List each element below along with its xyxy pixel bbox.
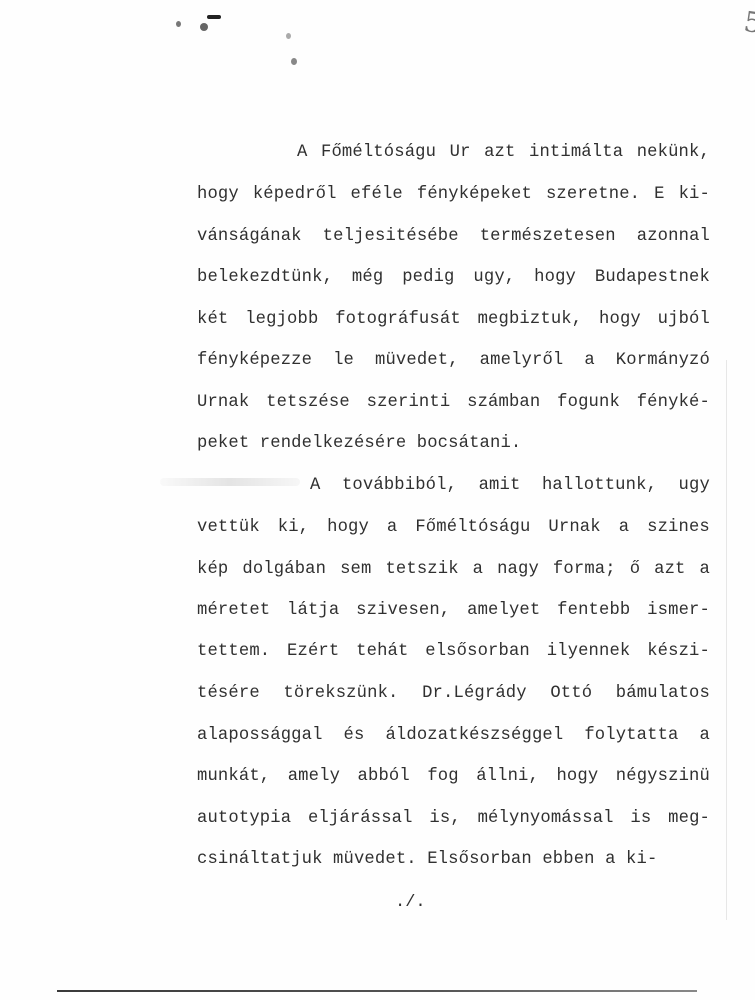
text-line: Urnaktetszéseszerintiszámbanfogunkfényké…: [197, 390, 710, 416]
continuation-mark: ./.: [395, 890, 426, 916]
text-line: méretetlátjaszivesen,amelyetfentebbismer…: [197, 598, 710, 624]
text-line: belekezdtünk,mégpedigugy,hogyBudapestnek: [197, 265, 710, 291]
scan-speck: [207, 15, 221, 19]
bottom-rule: [57, 990, 697, 992]
text-line: Atovábbiból,amithallottunk,ugy: [310, 473, 710, 499]
scan-edge-shadow: [726, 360, 727, 920]
text-line: alapossággalésáldozatkészséggelfolytatta…: [197, 723, 710, 749]
text-line: vánságánakteljesitésébetermészetesenazon…: [197, 224, 710, 250]
document-page: 5 AFőméltóságuUraztintimáltanekünk, hogy…: [0, 0, 755, 1000]
text-line: munkát,amelyabbólfogállni,hogynégyszinü: [197, 764, 710, 790]
text-line: kétlegjobbfotográfusátmegbiztuk,hogyujbó…: [197, 307, 710, 333]
scan-speck: [286, 33, 291, 39]
scan-speck: [200, 23, 208, 31]
scan-smudge: [160, 478, 300, 486]
text-line: AFőméltóságuUraztintimáltanekünk,: [297, 140, 710, 166]
text-line: téséretörekszünk.Dr.LégrádyOttóbámulatos: [197, 681, 710, 707]
text-line: peket rendelkezésére bocsátani.: [197, 431, 710, 457]
text-line: vettükki,hogyaFőméltóságuUrnakaszines: [197, 515, 710, 541]
text-line: csináltatjuk müvedet. Elsősorban ebben a…: [197, 847, 710, 873]
text-line: fényképezzelemüvedet,amelyrőlaKormányzó: [197, 348, 710, 374]
handwritten-page-number: 5: [742, 5, 755, 40]
scan-speck: [291, 58, 297, 65]
scan-speck: [176, 21, 181, 27]
text-line: hogyképedrőlefélefényképeketszeretne.Eki…: [197, 182, 710, 208]
text-line: tettem.Ezérttehátelsősorbanilyennekkészi…: [197, 639, 710, 665]
text-line: autotypiaeljárássalis,mélynyomássalismeg…: [197, 806, 710, 832]
text-line: képdolgábansemtetszikanagyforma;őazta: [197, 557, 710, 583]
